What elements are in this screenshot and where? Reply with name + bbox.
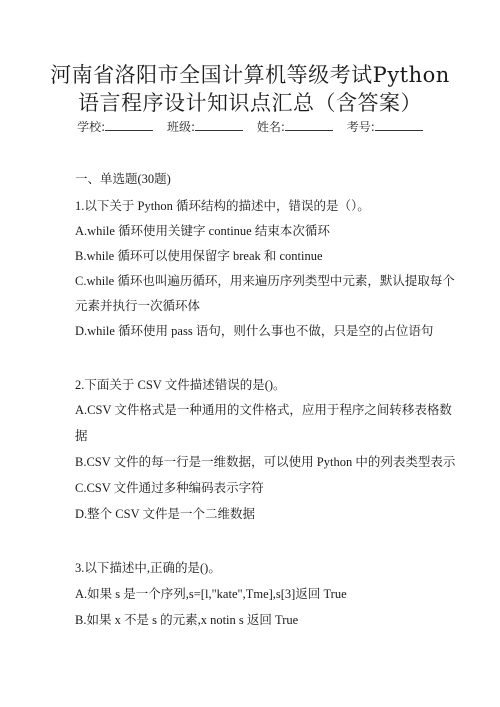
class-blank[interactable] — [195, 118, 243, 131]
school-field[interactable]: 学校: — [77, 120, 153, 134]
question-3-option-a: A.如果 s 是一个序列,s=[l,"kate",Tme],s[3]返回 Tru… — [75, 586, 347, 602]
school-blank[interactable] — [105, 118, 153, 131]
question-2-option-b: B.CSV 文件的每一行是一维数据，可以使用 Python 中的列表类型表示 — [75, 454, 455, 470]
question-2-option-a-cont: 据 — [75, 428, 88, 444]
school-label: 学校: — [77, 120, 105, 134]
question-3-option-b: B.如果 x 不是 s 的元素,x notin s 返回 True — [75, 612, 298, 628]
name-blank[interactable] — [285, 118, 333, 131]
class-label: 班级: — [167, 120, 195, 134]
question-1-option-a: A.while 循环使用关键字 continue 结束本次循环 — [75, 223, 330, 239]
document-title-line-1: 河南省洛阳市全国计算机等级考试Python — [0, 62, 500, 88]
document-title-line-2: 语言程序设计知识点汇总（含答案） — [0, 90, 500, 116]
name-label: 姓名: — [257, 120, 285, 134]
exam-number-blank[interactable] — [375, 118, 423, 131]
question-3-stem: 3.以下描述中,正确的是()。 — [75, 560, 221, 576]
exam-number-label: 考号: — [347, 120, 375, 134]
question-1-option-d: D.while 循环使用 pass 语句，则什么事也不做，只是空的占位语句 — [75, 323, 433, 339]
class-field[interactable]: 班级: — [167, 120, 243, 134]
name-field[interactable]: 姓名: — [257, 120, 333, 134]
student-info-fields: 学校: 班级: 姓名: 考号: — [0, 118, 500, 135]
question-1-option-c: C.while 循环也叫遍历循环，用来遍历序列类型中元素，默认提取每个 — [75, 273, 455, 289]
question-2-option-a: A.CSV 文件格式是一种通用的文件格式，应用于程序之间转移表格数 — [75, 402, 452, 418]
question-2-option-c: C.CSV 文件通过多种编码表示字符 — [75, 480, 264, 496]
question-2-option-d: D.整个 CSV 文件是一个二维数据 — [75, 506, 255, 522]
section-heading: 一、单选题(30题) — [75, 171, 171, 187]
question-1-stem: 1.以下关于 Python 循环结构的描述中，错误的是（）。 — [75, 198, 370, 214]
question-2-stem: 2.下面关于 CSV 文件描述错误的是()。 — [75, 377, 286, 393]
question-1-option-b: B.while 循环可以使用保留字 break 和 continue — [75, 248, 323, 264]
exam-number-field[interactable]: 考号: — [347, 120, 423, 134]
question-1-option-c-cont: 元素并执行一次循环体 — [75, 298, 200, 314]
